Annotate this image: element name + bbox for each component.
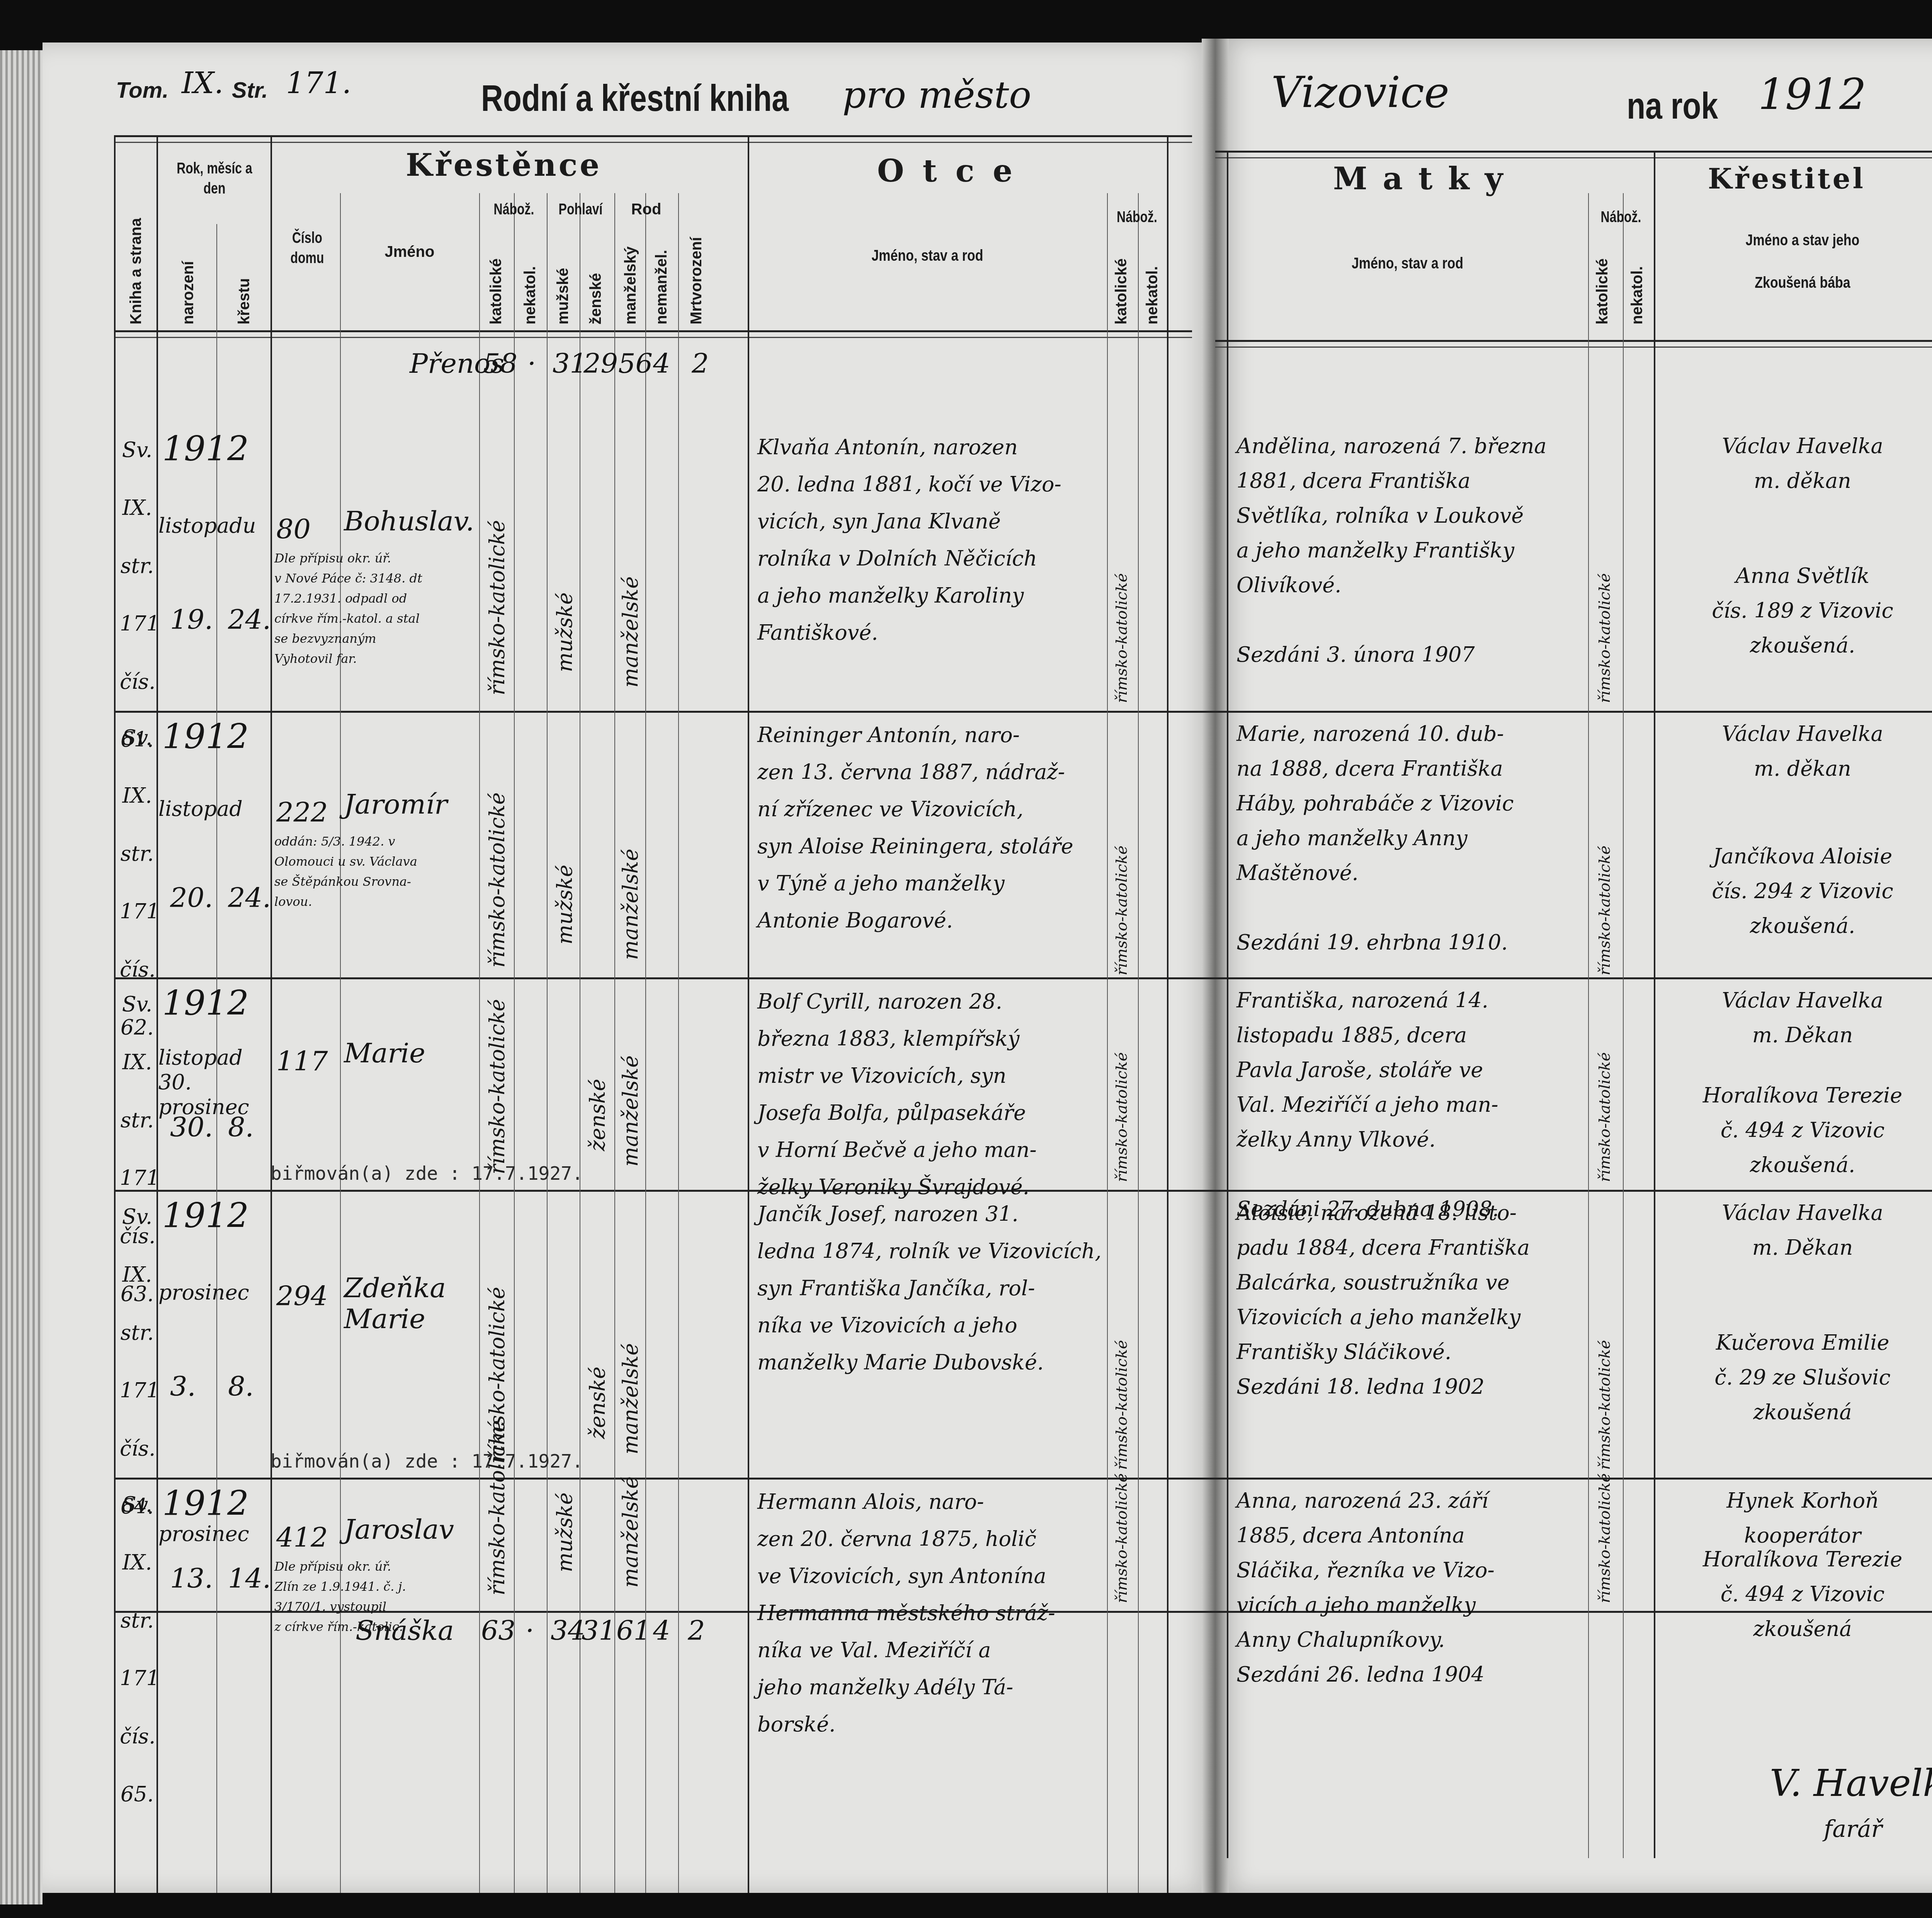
child-name: Jaromír — [344, 789, 475, 820]
house-number: 222 — [276, 797, 328, 828]
col-pohlavi: Pohlaví — [554, 201, 608, 218]
header-bottom-rule-right — [1215, 340, 1932, 348]
col-katolicke: katolické — [488, 247, 505, 324]
birth-month: listopad — [158, 797, 270, 821]
house-number: 412 — [276, 1522, 328, 1553]
col-rule — [1654, 151, 1655, 1858]
col-rod: Rod — [614, 201, 678, 218]
table-top-rule-right — [1215, 151, 1932, 158]
child-sex: mužské — [553, 1514, 577, 1572]
birth-month: prosinec — [158, 1280, 270, 1305]
col-rule — [1167, 135, 1168, 1893]
col-zkousena-baba: Zkoušená bába — [1676, 274, 1929, 292]
father-details: Reininger Antonín, naro- zen 13. června … — [757, 717, 1105, 939]
carry-nemanzel: 4 — [653, 348, 670, 379]
col-otce-katolicke: katolické — [1113, 247, 1130, 324]
birth-year: 1912 — [162, 429, 249, 469]
birth-year: 1912 — [162, 1196, 249, 1235]
col-rule — [156, 135, 158, 1893]
col-rule — [270, 135, 272, 1893]
house-number: 294 — [276, 1280, 328, 1312]
carry-nekatol: · — [527, 348, 536, 379]
book-page-edges-left — [0, 50, 43, 1904]
col-krestitel-jmeno: Jméno a stav jeho — [1676, 232, 1929, 249]
col-matky-naboz: Nábož. — [1595, 209, 1647, 226]
baptizer: Václav Havelka m. děkan — [1658, 429, 1932, 498]
carry-katolicke: 58 — [483, 348, 517, 379]
child-religion: římsko-katolické — [485, 1491, 509, 1595]
child-legitimacy: manželské — [618, 1219, 643, 1454]
row-separator — [114, 711, 1932, 713]
col-rule — [547, 193, 548, 1893]
totals-manzelsky: 61 — [616, 1615, 651, 1646]
col-cislo-domu: Číslo domu — [281, 228, 333, 268]
col-rule — [748, 135, 749, 1893]
col-matky-katolicke: katolické — [1594, 247, 1611, 324]
father-details: Jančík Josef, narozen 31. ledna 1874, ro… — [757, 1196, 1105, 1381]
child-sex: ženské — [585, 1227, 610, 1439]
col-jmeno: Jméno — [340, 243, 479, 261]
birth-day: 20. — [170, 882, 213, 914]
child-religion: římsko-katolické — [485, 724, 509, 968]
mother-religion: římsko-katolické — [1596, 437, 1614, 703]
father-religion: římsko-katolické — [1113, 437, 1131, 703]
totals-zenske: 31 — [582, 1615, 616, 1646]
pastor-signature: V. Havelka — [1770, 1762, 1932, 1805]
col-zenske: ženské — [587, 255, 605, 324]
carry-manzelsky: 56 — [618, 348, 653, 379]
tom-label: Tom. — [116, 77, 168, 103]
mother-details: Anna, narozená 23. září 1885, dcera Anto… — [1236, 1483, 1584, 1692]
birth-month: listopad 30. prosinec — [158, 1045, 270, 1120]
child-religion: římsko-katolické — [485, 991, 509, 1174]
house-number: 117 — [276, 1045, 328, 1077]
page-title: Rodní a křestní kniha — [481, 77, 789, 120]
tom-value: IX. — [182, 66, 223, 100]
child-note: oddán: 5/3. 1942. v Olomouci u sv. Václa… — [274, 831, 491, 912]
father-details: Klvaňa Antonín, narozen 20. ledna 1881, … — [757, 429, 1105, 651]
birth-day: 13. — [170, 1563, 213, 1594]
col-rule — [1138, 193, 1139, 1893]
mother-details: Andělina, narozená 7. března 1881, dcera… — [1236, 429, 1584, 672]
col-matky-jmeno: Jméno, stav a rod — [1254, 255, 1561, 272]
col-manzelsky: manželský — [622, 247, 639, 324]
year-value: 1912 — [1758, 70, 1866, 119]
col-narozeni: narození — [180, 232, 197, 324]
totals-muzske: 34 — [551, 1615, 585, 1646]
row-separator — [114, 1478, 1932, 1480]
confirmation-note: biřmován(a) zde : 17.7.1927. — [270, 1451, 583, 1472]
mother-details: Aloisie, narozená 18. listo- padu 1884, … — [1236, 1196, 1584, 1404]
birth-month: listopadu — [158, 513, 270, 538]
totals-katolicke: 63 — [481, 1615, 515, 1646]
col-matky: Matky — [1333, 160, 1518, 197]
mother-religion: římsko-katolické — [1596, 1203, 1614, 1470]
midwife: Anna Světlík čís. 189 z Vizovic zkoušená… — [1658, 559, 1932, 663]
mother-details: Marie, narozená 10. dub- na 1888, dcera … — [1236, 717, 1584, 960]
col-naboz: Nábož. — [486, 201, 542, 218]
col-nemanzel: nemanžel. — [653, 247, 670, 324]
str-label: Str. — [232, 77, 268, 103]
child-religion: římsko-katolické — [485, 437, 509, 695]
child-name: Jaroslav — [344, 1514, 475, 1545]
child-legitimacy: manželské — [618, 452, 643, 688]
carry-mrtvorozeni: 2 — [692, 348, 709, 379]
totals-mrtvorozeni: 2 — [688, 1615, 705, 1646]
baptizer: Václav Havelka m. Děkan — [1658, 1196, 1932, 1265]
title-pro-mesto: pro město — [842, 73, 1031, 117]
child-sex: ženské — [585, 1014, 610, 1151]
birth-day: 30. — [170, 1111, 213, 1143]
col-rule — [1227, 151, 1228, 1858]
baptism-day: 24. — [228, 882, 271, 914]
birth-day: 3. — [170, 1371, 196, 1402]
birth-year: 1912 — [162, 1483, 249, 1523]
child-name: Bohuslav. — [344, 506, 475, 537]
father-details: Bolf Cyrill, narozen 28. března 1883, kl… — [757, 983, 1105, 1206]
father-religion: římsko-katolické — [1113, 724, 1131, 975]
totals-label: Snáška — [355, 1615, 454, 1646]
birth-year: 1912 — [162, 983, 249, 1023]
father-details: Hermann Alois, naro- zen 20. června 1875… — [757, 1483, 1105, 1743]
col-otce-nekatol: nekatol. — [1144, 247, 1161, 324]
baptism-day: 14. — [228, 1563, 271, 1594]
row-separator — [114, 977, 1932, 979]
totals-nekatol: · — [526, 1615, 534, 1646]
child-note: Dle přípisu okr. úř. v Nové Páce č: 3148… — [274, 548, 491, 669]
baptism-day: 8. — [228, 1111, 254, 1143]
col-otce-jmeno: Jméno, stav a rod — [775, 247, 1080, 265]
book-gutter — [1202, 39, 1229, 1893]
col-rok-mesic-den: Rok, měsíc a den — [170, 158, 259, 199]
col-krestence: Křestěnce — [406, 147, 602, 183]
midwife: Horalíkova Terezie č. 494 z Vizovic zkou… — [1658, 1542, 1932, 1646]
midwife: Kučerova Emilie č. 29 ze Slušovic zkouše… — [1658, 1325, 1932, 1430]
house-number: 80 — [276, 513, 311, 545]
col-rule — [1588, 193, 1589, 1858]
mother-details: Františka, narozená 14. listopadu 1885, … — [1236, 983, 1584, 1227]
col-krestitel: Křestitel — [1708, 162, 1866, 195]
carry-zenske: 29 — [583, 348, 618, 379]
father-religion: římsko-katolické — [1113, 1203, 1131, 1470]
header-bottom-rule-left — [114, 330, 1192, 338]
confirmation-note: biřmován(a) zde : 17.7.1927. — [270, 1163, 583, 1184]
father-religion: římsko-katolické — [1113, 991, 1131, 1182]
child-name: Zdeňka Marie — [344, 1272, 475, 1334]
mother-religion: římsko-katolické — [1596, 991, 1614, 1182]
col-mrtvorozeni: Mrtvorození — [688, 216, 705, 324]
col-nekatol: nekatol. — [522, 247, 539, 324]
col-otce: Otce — [877, 153, 1031, 189]
col-krestu: křestu — [236, 247, 253, 324]
mother-religion: římsko-katolické — [1596, 1491, 1614, 1603]
col-otce-naboz: Nábož. — [1113, 209, 1161, 226]
child-legitimacy: manželské — [618, 1006, 643, 1167]
str-value: 171. — [286, 66, 351, 100]
col-rule — [1623, 193, 1624, 1858]
col-matky-nekatol: nekatol. — [1629, 247, 1646, 324]
child-sex: mužské — [553, 460, 577, 672]
child-legitimacy: manželské — [618, 740, 643, 960]
col-kniha-strana: Kniha a strana — [128, 185, 145, 324]
child-sex: mužské — [553, 747, 577, 945]
child-name: Marie — [344, 1038, 475, 1069]
midwife: Jančíkova Aloisie čís. 294 z Vizovic zko… — [1658, 839, 1932, 943]
carry-muzske: 31 — [553, 348, 587, 379]
baptism-day: 24. — [228, 604, 271, 635]
baptizer: Václav Havelka m. Děkan — [1658, 983, 1932, 1053]
town-name: Vizovice — [1271, 68, 1449, 117]
year-label: na rok — [1627, 85, 1718, 127]
col-muzske: mužské — [554, 255, 572, 324]
birth-day: 19. — [170, 604, 213, 635]
father-religion: římsko-katolické — [1113, 1491, 1131, 1603]
table-top-rule-left — [114, 135, 1192, 143]
birth-month: prosinec — [158, 1522, 270, 1546]
col-rule — [340, 193, 341, 1893]
midwife: Horalíkova Terezie č. 494 z Vizovic zkou… — [1658, 1078, 1932, 1182]
mother-religion: římsko-katolické — [1596, 724, 1614, 975]
col-rule — [1107, 193, 1108, 1893]
birth-year: 1912 — [162, 717, 249, 756]
col-rule — [114, 135, 116, 1893]
book-reference: Sv. IX. str. 171 čís. 65. — [120, 1476, 155, 1823]
baptizer: Václav Havelka m. děkan — [1658, 717, 1932, 786]
col-rule — [678, 193, 679, 1893]
baptism-day: 8. — [228, 1371, 254, 1402]
col-rule — [479, 193, 480, 1893]
pastor-title: farář — [1824, 1816, 1882, 1843]
totals-nemanzel: 4 — [653, 1615, 670, 1646]
child-legitimacy: manželské — [618, 1507, 643, 1588]
